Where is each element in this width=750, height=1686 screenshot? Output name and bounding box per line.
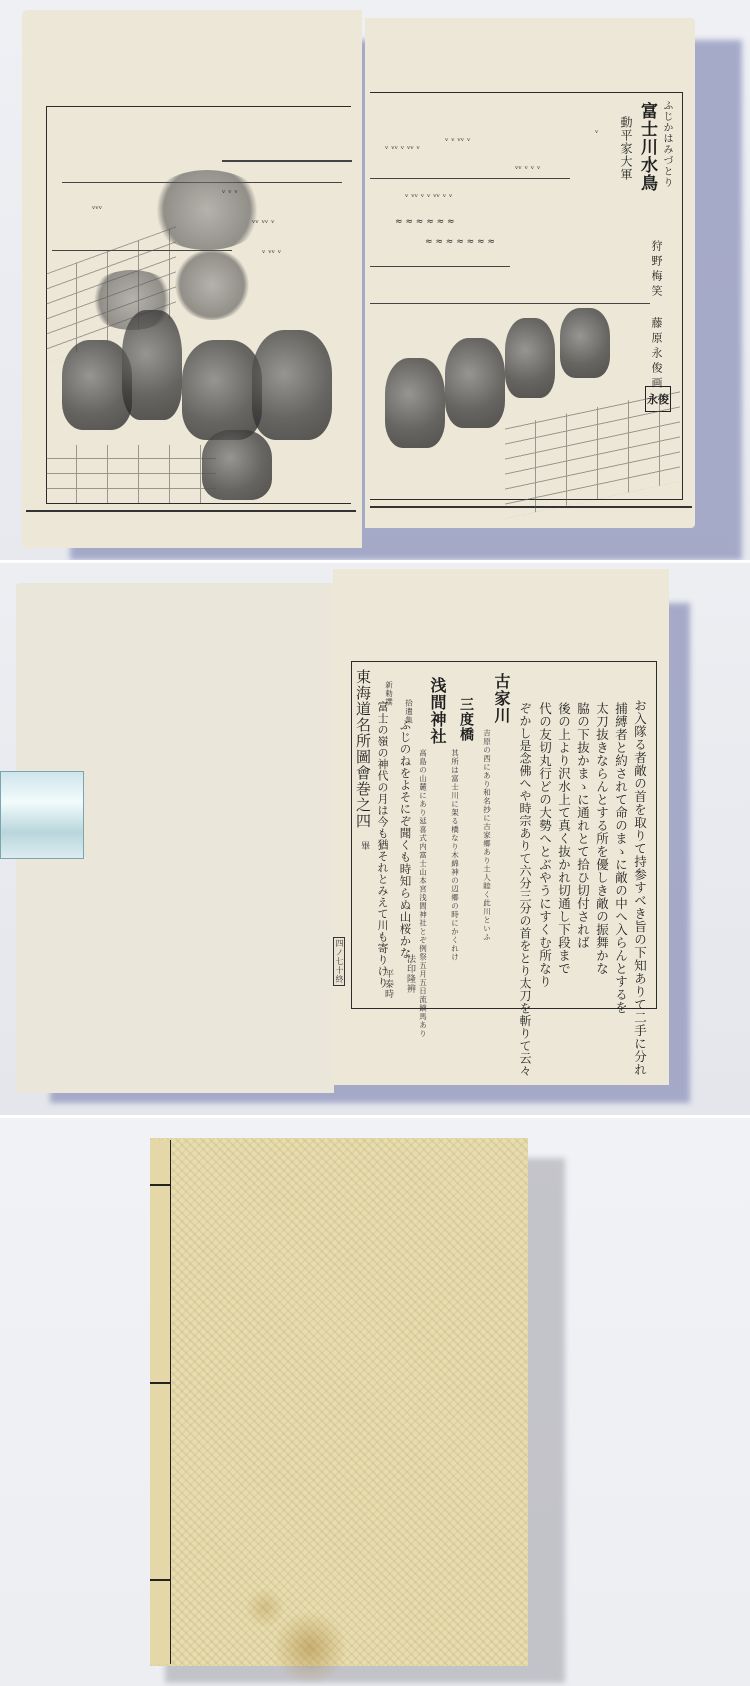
bird-icon: ᵛ [595, 130, 598, 139]
bird-icon: ᵛ ᵛ ᵛ [222, 190, 238, 199]
photo-book-cover [0, 1118, 750, 1686]
age-stain [275, 1608, 345, 1686]
text-column: 後の上より沢水上て真く抜かれ切通し下段まで [557, 702, 570, 975]
binding-stitch [150, 1382, 171, 1384]
cloud-line [370, 178, 570, 179]
glass-paperweight [0, 771, 84, 859]
duck-icon: ≈ ≈ ≈ ≈ ≈ ≈ [395, 218, 455, 227]
heading-text: 其所は富士川に架る橋なり木綿神の辺郷の時にかくれけ [451, 749, 459, 962]
bird-icon: ᵛ ᵛᵛ ᵛ ᵛᵛ ᵛ [385, 146, 420, 155]
right-page: ふじかはみづとり 富士川水鳥 動平家大軍 狩野梅笑 藤原永俊画 永俊 ᵛ ᵛᵛ … [365, 18, 695, 528]
poem-author: 平泰時 [383, 969, 392, 999]
pine-tree-icon [172, 250, 252, 320]
duck-icon: ≈ ≈ ≈ ≈ ≈ ≈ ≈ [425, 238, 495, 247]
bird-icon: ᵛ ᵛᵛ ᵛ ᵛ ᵛᵛ ᵛ ᵛ [405, 194, 452, 203]
binding-stitch [150, 1579, 171, 1581]
text-page: お入隊る者敵の首を取りて持参すべき旨の下知ありて二手に分れ 捕縛者と約されて命の… [333, 569, 669, 1085]
warrior-figure [385, 358, 445, 448]
illustration-subtitle: 動平家大軍 [620, 116, 632, 181]
volume-end-mark: 畢 [359, 841, 368, 851]
poem-text: ふじのねをよそにぞ聞くも時知らぬ山桜かな [399, 719, 411, 959]
page-bottom-rule [26, 510, 356, 512]
photo-illustrated-spread: ᵛᵛᵛ ᵛ ᵛ ᵛ ᵛᵛ ᵛᵛ ᵛ ᵛ ᵛᵛ ᵛ ふじかはみづとり 富士川水鳥 … [0, 0, 750, 560]
poem-text: 富士の嶺の神代の月は今も猶それとみえて川も寄りけり [377, 701, 388, 989]
warrior-figure [445, 338, 505, 428]
bird-icon: ᵛ ᵛᵛ ᵛ [262, 250, 281, 259]
text-column: ぞかし是念佛へや時宗ありて六分三分の首をとり太刀を斬りて云々 [519, 702, 531, 1077]
floor-grid [46, 445, 216, 503]
text-column: 代の友切丸行どの大勢へとぶやうにすくむ所なり [538, 702, 551, 988]
bird-icon: ᵛᵛᵛ [92, 206, 102, 215]
cloud-line [370, 266, 510, 267]
volume-title: 東海道名所圖會巻之四 [355, 669, 370, 829]
text-column: 捕縛者と約されて命のまゝに敵の中へ入らんとするを [614, 702, 627, 1014]
bird-icon: ᵛᵛ ᵛ ᵛ ᵛ [515, 166, 540, 175]
warrior-figure [560, 308, 610, 378]
cloud-line [370, 303, 650, 304]
warrior-figure [122, 310, 182, 420]
cloud-line [222, 160, 352, 162]
artist-signature: 狩野梅笑 藤原永俊画 [651, 240, 662, 392]
binding-stitch [150, 1184, 171, 1186]
text-column: お入隊る者敵の首を取りて持参すべき旨の下知ありて二手に分れ [633, 699, 646, 1076]
heading-furuie-river: 古家川 [493, 673, 509, 724]
bird-icon: ᵛᵛ ᵛᵛ ᵛ [252, 220, 275, 229]
text-column: 太刀抜きならんとする所を優しき敵の振舞かな [595, 702, 608, 975]
text-column: 脇の下抜かまゝに通れとて拾ひ切付されば [576, 702, 589, 949]
poem-author: 法印隆辨 [405, 954, 414, 994]
binding-spine [150, 1140, 171, 1664]
heading-text: 高島の山麓にあり延喜式内富士山本宮浅間神社とぞ例祭五月五日流鏑馬あり [419, 749, 427, 1038]
photo-text-spread: お入隊る者敵の首を取りて持参すべき旨の下知ありて二手に分れ 捕縛者と約されて命の… [0, 563, 750, 1115]
warrior-figure [182, 340, 262, 440]
book-cover [150, 1138, 528, 1666]
illustration-title: 富士川水鳥 [638, 102, 655, 192]
left-page: ᵛᵛᵛ ᵛ ᵛ ᵛ ᵛᵛ ᵛᵛ ᵛ ᵛ ᵛᵛ ᵛ [22, 10, 362, 548]
warrior-figure [505, 318, 555, 398]
warrior-figure [252, 330, 332, 440]
bird-icon: ᵛ ᵛ ᵛᵛ ᵛ [445, 138, 470, 147]
heading-sando-bridge: 三度橋 [459, 697, 473, 742]
heading-text: 吉原の西にあり和名抄に古家郷あり土人睦く此川といふ [483, 729, 491, 942]
title-furigana: ふじかはみづとり [661, 100, 671, 188]
heading-sengen-shrine: 浅間神社 [429, 677, 445, 745]
page-number: 四ノ七十終 [333, 937, 345, 986]
age-stain [245, 1588, 285, 1628]
